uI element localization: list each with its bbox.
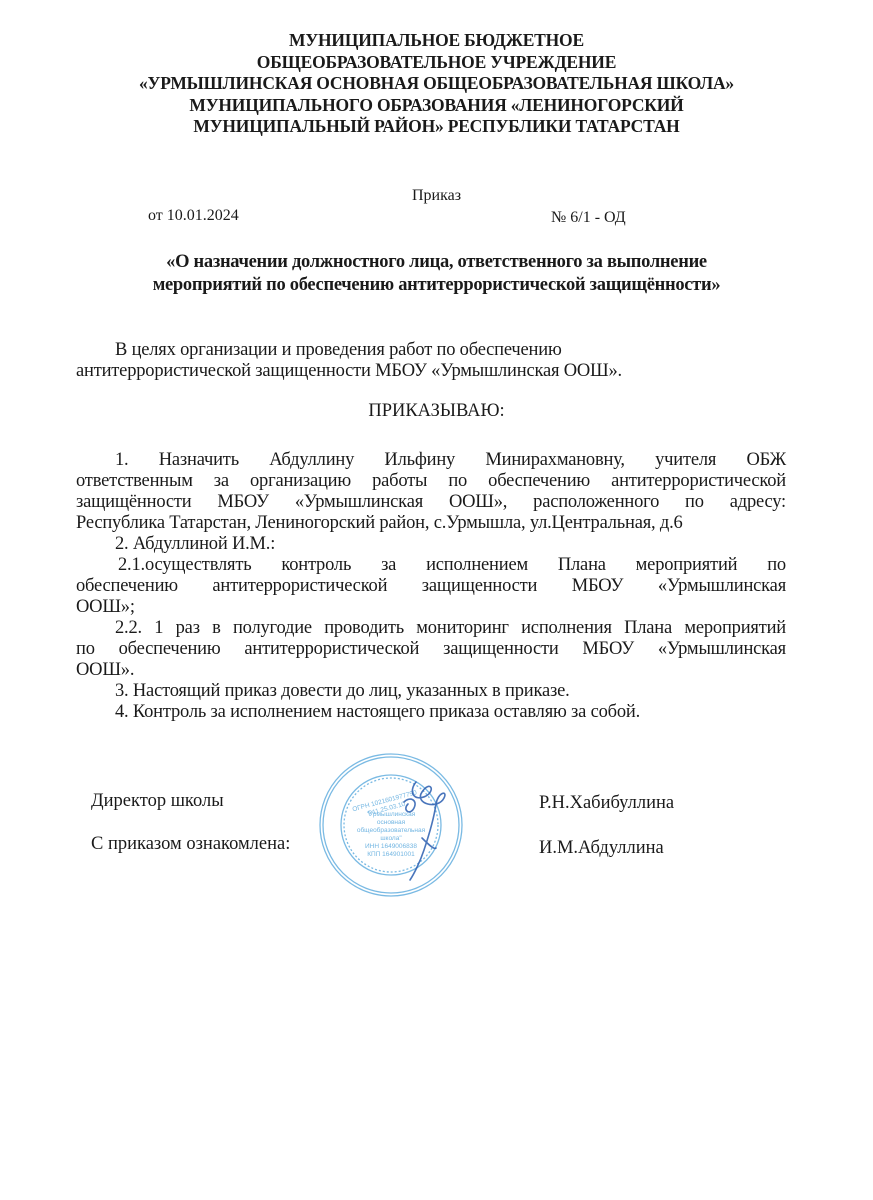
svg-text:ИНН 1649006838: ИНН 1649006838	[365, 843, 417, 850]
item-4: 4. Контроль за исполнением настоящего пр…	[76, 702, 786, 723]
director-name: Р.Н.Хабибуллина	[539, 793, 674, 814]
item-line: ООШ»;	[76, 597, 786, 618]
item-line: обеспечению антитеррористической защищен…	[76, 576, 786, 597]
item-line: Республика Татарстан, Лениногорский райо…	[76, 513, 786, 534]
item-line: защищённости МБОУ «Урмышлинская ООШ», ра…	[76, 492, 786, 513]
school-seal-stamp-icon: ОГРН 1021601977790 Р11.25.03.10 "Урмышли…	[318, 752, 464, 898]
item-line: ООШ».	[76, 660, 786, 681]
director-label: Директор школы	[91, 791, 224, 812]
order-items: 1. Назначить Абдуллину Ильфину Минирахма…	[76, 450, 786, 723]
item-2: 2. Абдуллиной И.М.:	[76, 534, 786, 555]
order-date: от 10.01.2024	[148, 207, 239, 225]
order-directive: ПРИКАЗЫВАЮ:	[0, 401, 873, 422]
intro-line: В целях организации и проведения работ п…	[76, 340, 786, 361]
title-line: «О назначении должностного лица, ответст…	[0, 251, 873, 274]
order-label: Приказ	[0, 187, 873, 205]
document-page: МУНИЦИПАЛЬНОЕ БЮДЖЕТНОЕ ОБЩЕОБРАЗОВАТЕЛЬ…	[0, 0, 873, 1200]
title-line: мероприятий по обеспечению антитеррорист…	[0, 274, 873, 297]
svg-text:общеобразовательная: общеобразовательная	[357, 826, 426, 834]
svg-text:КПП 164901001: КПП 164901001	[367, 851, 415, 858]
item-line: 2.2. 1 раз в полугодие проводить монитор…	[76, 618, 786, 639]
acknowledged-name: И.М.Абдуллина	[539, 838, 664, 859]
svg-text:основная: основная	[377, 819, 406, 826]
item-line: по обеспечению антитеррористической защи…	[76, 639, 786, 660]
order-title: «О назначении должностного лица, ответст…	[0, 251, 873, 297]
header-line: ОБЩЕОБРАЗОВАТЕЛЬНОЕ УЧРЕЖДЕНИЕ	[0, 52, 873, 74]
item-line: 2.1.осуществлять контроль за исполнением…	[76, 555, 786, 576]
institution-header: МУНИЦИПАЛЬНОЕ БЮДЖЕТНОЕ ОБЩЕОБРАЗОВАТЕЛЬ…	[0, 30, 873, 138]
acknowledged-label: С приказом ознакомлена:	[91, 834, 290, 855]
item-3: 3. Настоящий приказ довести до лиц, указ…	[76, 681, 786, 702]
intro-paragraph: В целях организации и проведения работ п…	[76, 340, 786, 382]
header-line: МУНИЦИПАЛЬНОГО ОБРАЗОВАНИЯ «ЛЕНИНОГОРСКИ…	[0, 95, 873, 117]
item-2-2: 2.2. 1 раз в полугодие проводить монитор…	[76, 618, 786, 681]
item-line: 1. Назначить Абдуллину Ильфину Минирахма…	[76, 450, 786, 471]
header-line: МУНИЦИПАЛЬНЫЙ РАЙОН» РЕСПУБЛИКИ ТАТАРСТА…	[0, 116, 873, 138]
header-line: «УРМЫШЛИНСКАЯ ОСНОВНАЯ ОБЩЕОБРАЗОВАТЕЛЬН…	[0, 73, 873, 95]
header-line: МУНИЦИПАЛЬНОЕ БЮДЖЕТНОЕ	[0, 30, 873, 52]
order-number: № 6/1 - ОД	[551, 209, 626, 227]
item-1: 1. Назначить Абдуллину Ильфину Минирахма…	[76, 450, 786, 534]
svg-text:школа": школа"	[380, 835, 402, 842]
item-line: ответственным за организацию работы по о…	[76, 471, 786, 492]
intro-line: антитеррористической защищенности МБОУ «…	[76, 361, 786, 382]
item-2-1: 2.1.осуществлять контроль за исполнением…	[76, 555, 786, 618]
